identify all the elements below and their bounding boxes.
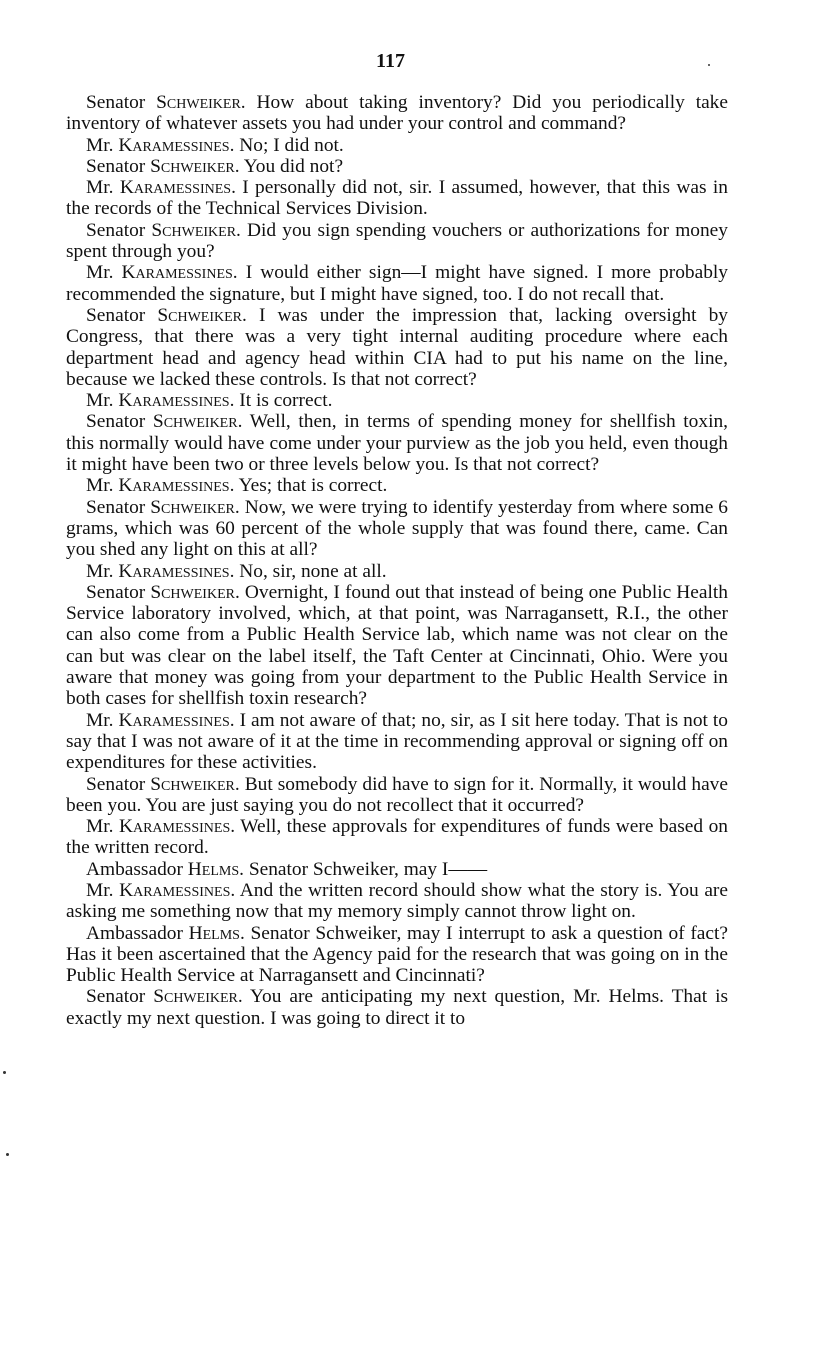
speaker-name: Karamessines. bbox=[122, 262, 238, 283]
transcript-paragraph: Ambassador Helms. Senator Schweiker, may… bbox=[66, 859, 728, 880]
speaker-name: Schweiker. bbox=[150, 582, 240, 603]
scan-speck bbox=[3, 1071, 6, 1074]
speaker-name: Schweiker. bbox=[151, 220, 241, 241]
speaker-name: Karamessines. bbox=[118, 390, 234, 411]
statement-text: It is correct. bbox=[234, 390, 332, 411]
speaker-title: Mr. bbox=[86, 262, 113, 283]
speaker-title: Senator bbox=[86, 774, 145, 795]
transcript-paragraph: Mr. Karamessines. It is correct. bbox=[66, 390, 728, 411]
speaker-title: Senator bbox=[86, 497, 145, 518]
transcript-paragraph: Senator Schweiker. You are anticipating … bbox=[66, 986, 728, 1029]
transcript-paragraph: Senator Schweiker. Did you sign spending… bbox=[66, 220, 728, 263]
speaker-name: Karamessines. bbox=[118, 710, 234, 731]
transcript-paragraph: Senator Schweiker. How about taking inve… bbox=[66, 92, 728, 135]
statement-text: No, sir, none at all. bbox=[234, 561, 386, 582]
transcript-paragraph: Mr. Karamessines. I am not aware of that… bbox=[66, 710, 728, 774]
transcript-paragraph: Mr. Karamessines. I would either sign—I … bbox=[66, 262, 728, 305]
speaker-title: Senator bbox=[86, 220, 145, 241]
speaker-name: Schweiker. bbox=[153, 411, 243, 432]
speaker-name: Karamessines. bbox=[118, 135, 234, 156]
transcript-paragraph: Senator Schweiker. Well, then, in terms … bbox=[66, 411, 728, 475]
speaker-title: Mr. bbox=[86, 135, 113, 156]
speaker-name: Schweiker. bbox=[150, 774, 240, 795]
speaker-name: Schweiker. bbox=[150, 497, 240, 518]
speaker-name: Karamessines. bbox=[119, 880, 235, 901]
transcript-paragraph: Ambassador Helms. Senator Schweiker, may… bbox=[66, 923, 728, 987]
transcript-paragraph: Mr. Karamessines. Yes; that is correct. bbox=[66, 475, 728, 496]
transcript-paragraph: Mr. Karamessines. Well, these approvals … bbox=[66, 816, 728, 859]
speaker-name: Karamessines. bbox=[118, 561, 234, 582]
speaker-title: Senator bbox=[86, 156, 145, 177]
speaker-title: Ambassador bbox=[86, 923, 183, 944]
transcript-paragraph: Mr. Karamessines. No, sir, none at all. bbox=[66, 561, 728, 582]
speaker-name: Schweiker. bbox=[157, 305, 247, 326]
speaker-title: Senator bbox=[86, 92, 145, 113]
page-number: 117 bbox=[0, 50, 781, 73]
speaker-title: Mr. bbox=[86, 177, 113, 198]
speaker-title: Mr. bbox=[86, 880, 113, 901]
speaker-title: Senator bbox=[86, 582, 145, 603]
speaker-name: Helms. bbox=[189, 923, 245, 944]
speaker-name: Schweiker. bbox=[153, 986, 243, 1007]
transcript-paragraph: Mr. Karamessines. And the written record… bbox=[66, 880, 728, 923]
speaker-name: Helms. bbox=[188, 859, 244, 880]
speaker-title: Senator bbox=[86, 986, 145, 1007]
transcript-paragraph: Senator Schweiker. Now, we were trying t… bbox=[66, 497, 728, 561]
statement-text: You did not? bbox=[240, 156, 343, 177]
speaker-title: Senator bbox=[86, 305, 145, 326]
speaker-title: Mr. bbox=[86, 710, 113, 731]
transcript-paragraph: Mr. Karamessines. I personally did not, … bbox=[66, 177, 728, 220]
transcript-paragraph: Senator Schweiker. I was under the impre… bbox=[66, 305, 728, 390]
transcript-paragraph: Senator Schweiker. But somebody did have… bbox=[66, 774, 728, 817]
statement-text: No; I did not. bbox=[234, 135, 343, 156]
speaker-title: Mr. bbox=[86, 816, 113, 837]
speaker-title: Mr. bbox=[86, 561, 113, 582]
speaker-title: Senator bbox=[86, 411, 145, 432]
speaker-name: Schweiker. bbox=[156, 92, 246, 113]
speaker-name: Schweiker. bbox=[150, 156, 240, 177]
speaker-name: Karamessines. bbox=[118, 475, 234, 496]
speaker-title: Mr. bbox=[86, 475, 113, 496]
speaker-title: Ambassador bbox=[86, 859, 183, 880]
scan-speck bbox=[6, 1153, 9, 1156]
transcript-paragraph: Senator Schweiker. You did not? bbox=[66, 156, 728, 177]
speaker-name: Karamessines. bbox=[119, 816, 235, 837]
statement-text: Yes; that is correct. bbox=[234, 475, 387, 496]
transcript-paragraph: Senator Schweiker. Overnight, I found ou… bbox=[66, 582, 728, 710]
transcript-paragraph: Mr. Karamessines. No; I did not. bbox=[66, 135, 728, 156]
speaker-title: Mr. bbox=[86, 390, 113, 411]
speaker-name: Karamessines. bbox=[120, 177, 236, 198]
scan-speck bbox=[708, 64, 710, 66]
transcript-body: Senator Schweiker. How about taking inve… bbox=[66, 92, 728, 1029]
statement-text: Senator Schweiker, may I—— bbox=[244, 859, 487, 880]
